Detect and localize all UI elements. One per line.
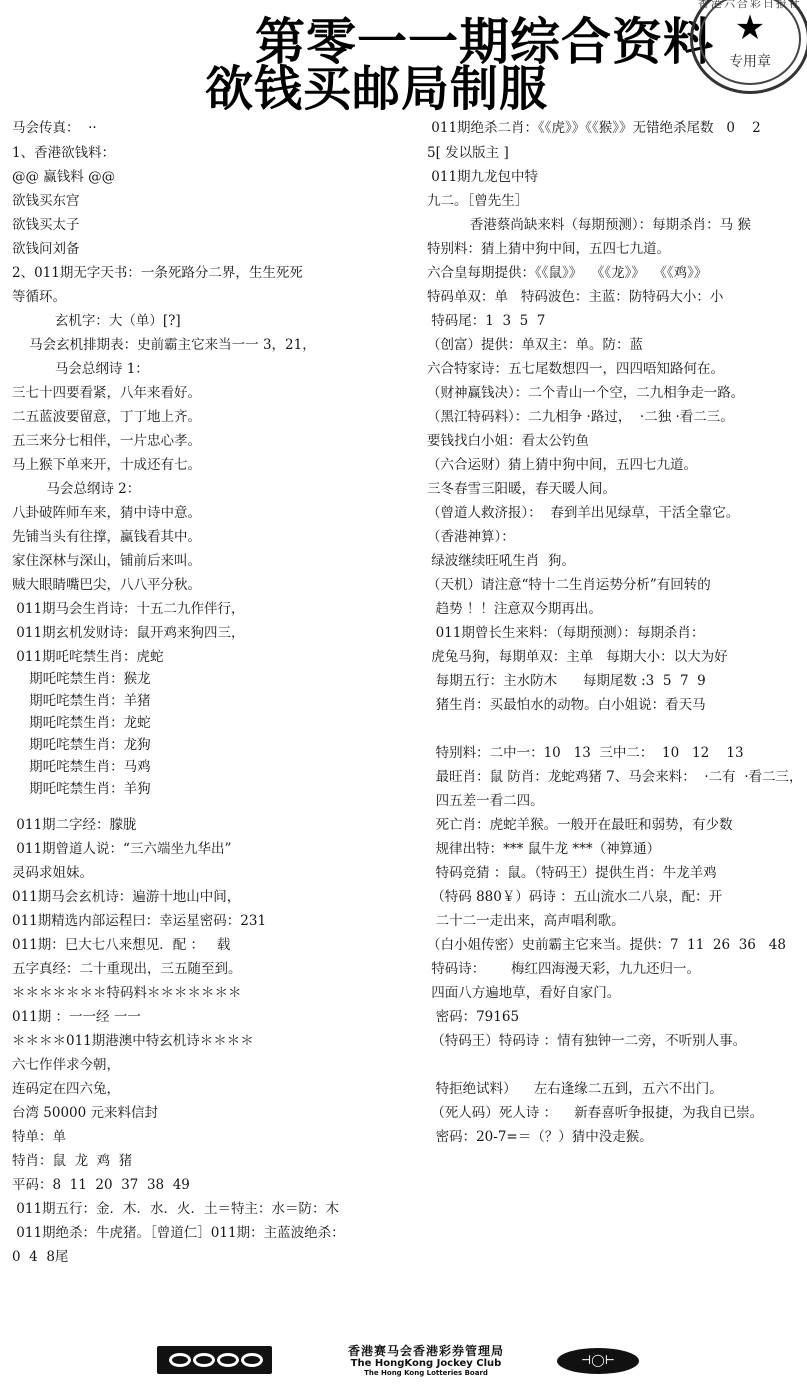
text-line: （特码王）特码诗 ：情有独钟一二旁，不听别人事。 [427,1032,746,1050]
text-line: （天机）请注意“特十二生肖运势分析”有回转的 [427,576,711,594]
emblem-ring-icon [241,1353,263,1367]
text-line: 玄机字：大（单）[?] [12,312,181,330]
text-line: 绿波继续旺吼生肖 狗。 [427,552,575,570]
text-line: 九二。［曾先生］ [427,192,528,210]
text-line: 二五蓝波要留意，丁丁地上齐。 [12,408,201,426]
text-line: 011期二字经：朦胧 [12,816,137,834]
text-line: 特码诗： 梅红四海漫天彩，九九还归一。 [427,960,700,978]
emblem-ring-icon [193,1353,215,1367]
text-line: 期吒咤禁生肖：羊狗 [12,780,151,798]
text-line: （财神赢钱决）：二个青山一个空，二九相争走一路。 [427,384,744,402]
text-line: 特码竞猜 ：鼠。（特码王）提供生肖：牛龙羊鸡 [427,864,717,882]
text-line: 011期绝杀：牛虎猪。［曾道仁］011期：主蓝波绝杀： [12,1224,345,1242]
text-line: 011期马会玄机诗：遍游十地山中间， [12,888,240,906]
text-line: 期吒咤禁生肖：猴龙 [12,670,151,688]
text-line: 马会传真： ·· [12,119,97,137]
text-line: 马上猴下单来开，十成还有七。 [12,456,201,474]
text-line: 四五差一看二四。 [427,792,544,810]
text-line: 特单：单 [12,1128,66,1146]
org-name-chinese: 香港赛马会香港彩券管理局 [296,1344,556,1358]
text-line: 5[ 发以版主 ] [427,144,509,162]
lotteries-board-emblem-icon: ⊣◯⊢ [557,1348,639,1374]
text-line: 二十二一走出来，高声唱利歌。 [427,912,625,930]
text-line: 密码：20-7=＝（？）猜中没走猴。 [427,1128,653,1146]
text-line: （香港神算）： [427,528,515,546]
text-line: （白小姐传密）史前霸主它来当。提供：7 11 26 36 48 [427,936,786,954]
hkjc-emblem-icon [157,1346,272,1374]
text-line: 家住深林与深山，铺前后来叫。 [12,552,201,570]
text-line: 011期：巳大七八来想见．配 ： 载 [12,936,230,954]
text-line: 虎兔马狗，每期单双：主单 每期大小：以大为好 [427,648,728,666]
text-line: 灵码求姐妹。 [12,864,93,882]
text-line: 期吒咤禁生肖：龙狗 [12,736,151,754]
star-icon: ★ [693,11,807,45]
org-name-english: The HongKong Jockey Club [296,1358,556,1369]
text-line: 1、香港欲钱料： [12,144,115,162]
text-line: 五三来分七相伴，一片忠心孝。 [12,432,201,450]
text-line: 平码：8 11 20 37 38 49 [12,1176,190,1194]
text-line: 猪生肖：买最怕水的动物。白小姐说：看天马 [427,696,706,714]
text-line: 2、011期无字天书：一条死路分二界，生生死死 [12,264,303,282]
org-subname-english: The Hong Kong Lotteries Board [296,1369,556,1377]
text-line: 011期曾长生来料：（每期预测）：每期杀肖： [427,624,704,642]
text-line: 011期绝杀二肖：《《虎》》《《猴》》无错绝杀尾数 0 2 [427,119,761,137]
text-line: 贼大眼睛嘴巴尖，八八平分秋。 [12,576,201,594]
text-line: 特码单双：单 特码波色：主蓝：防特码大小：小 [427,288,723,306]
text-line: 台湾 50000 元来料信封 [12,1104,158,1122]
stamp-label: 专用章 [693,51,807,71]
official-seal-stamp: 香港六合彩日报社 ★ 专用章 [690,0,807,94]
text-line: 011期精选内部运程曰：幸运星密码：231 [12,912,266,930]
text-line: 每期五行：主水防木 每期尾数 :3 5 7 9 [427,672,706,690]
text-line: 三冬春雪三阳暖，春天暖人间。 [427,480,616,498]
text-line: 死亡肖：虎蛇羊猴。一般开在最旺和弱势，有少数 [427,816,733,834]
text-line: （曾道人救济报）： 春到羊出见绿草，干活全靠它。 [427,504,739,522]
text-line: 六七作伴求今朝， [12,1056,120,1074]
text-line: （创富）提供：单双主：单。防：蓝 [427,336,643,354]
page-subtitle: 欲钱买邮局制服 [205,50,548,119]
footer-logos: 香港赛马会香港彩券管理局 The HongKong Jockey Club Th… [0,1344,807,1380]
text-line: ＊＊＊＊＊＊＊特码料＊＊＊＊＊＊＊ [12,984,242,1002]
text-line: 欲钱买东宫 [12,192,80,210]
text-line: 八卦破阵师车来，猜中诗中意。 [12,504,201,522]
text-line: 期吒咤禁生肖：马鸡 [12,758,151,776]
text-line: 三七十四要看紧，八年来看好。 [12,384,201,402]
text-line: 香港蔡尚缺来料（每期预测）：每期杀肖：马 猴 [427,216,751,234]
text-line: ＊＊＊＊011期港澳中特玄机诗＊＊＊＊ [12,1032,254,1050]
text-line: 六合特家诗：五七尾数想四一，四四唔知路何在。 [427,360,724,378]
emblem-ring-icon [169,1353,191,1367]
text-line: 011期吒咤禁生肖：虎蛇 [12,648,164,666]
emblem-glyph: ⊣◯⊢ [557,1353,639,1367]
text-line: 特别料：二中一：10 13 三中二： 10 12 13 [427,744,744,762]
text-line: 最旺肖：鼠 防肖：龙蛇鸡猪 7、马会来料： ·二有 ·看二三， [427,768,803,786]
text-line: （特码 880￥）码诗 ：五山流水二八泉，配：开 [427,888,722,906]
text-line: 四面八方遍地草，看好自家门。 [427,984,620,1002]
emblem-ring-icon [217,1353,239,1367]
text-line: 期吒咤禁生肖：龙蛇 [12,714,151,732]
text-line: （死人码）死人诗 ： 新春喜听争报捷，为我自已崇。 [427,1104,763,1122]
text-line: 先铺当头有往撑，赢钱看其中。 [12,528,201,546]
text-line: 马会总纲诗 2： [12,480,140,498]
text-line: 011期玄机发财诗：鼠开鸡来狗四三， [12,624,245,642]
text-line: @@ 赢钱料 @@ [12,168,115,186]
text-line: 趋势 ！！注意双今期再出。 [427,600,602,618]
text-line: 欲钱买太子 [12,216,80,234]
text-line: 特肖：鼠 龙 鸡 猪 [12,1152,132,1170]
text-line: 马会总纲诗 1： [12,360,149,378]
text-line: 特码尾：1 3 5 7 [427,312,545,330]
text-line: （黑江特码料）：二九相争 ·路过， ·二独 ·看二三。 [427,408,734,426]
text-line: 连码定在四六兔， [12,1080,120,1098]
text-line: 011期 ：一一经 一一 [12,1008,141,1026]
text-line: 五字真经：二十重现出，三五随至到。 [12,960,242,978]
text-line: 011期曾道人说：“三六端坐九华出” [12,840,231,858]
text-line: 要钱找白小姐：看太公钓鱼 [427,432,589,450]
text-line: 特拒绝试料） 左右逢缘二五到，五六不出门。 [427,1080,723,1098]
text-line: 规律出特：*** 鼠牛龙 ***（神算通） [427,840,660,858]
text-line: （六合运财）猜上猜中狗中间，五四七九道。 [427,456,697,474]
text-line: 马会玄机排期表：史前霸主它来当一一 3，21， [12,336,316,354]
organization-name: 香港赛马会香港彩券管理局 The HongKong Jockey Club Th… [296,1344,556,1377]
text-line: 期吒咤禁生肖：羊猪 [12,692,151,710]
text-line: 欲钱问刘备 [12,240,80,258]
text-line: 011期五行：金．木．水．火．土＝特主：水＝防：木 [12,1200,339,1218]
text-line: 特别料：猜上猜中狗中间，五四七九道。 [427,240,670,258]
text-line: 011期马会生肖诗：十五二九作伴行， [12,600,245,618]
text-line: 011期九龙包中特 [427,168,538,186]
text-line: 0 4 8尾 [12,1248,68,1266]
text-line: 密码：79165 [427,1008,519,1026]
text-line: 六合皇每期提供：《《鼠》》 《《龙》》 《《鸡》》 [427,264,707,282]
text-line: 等循环。 [12,288,66,306]
